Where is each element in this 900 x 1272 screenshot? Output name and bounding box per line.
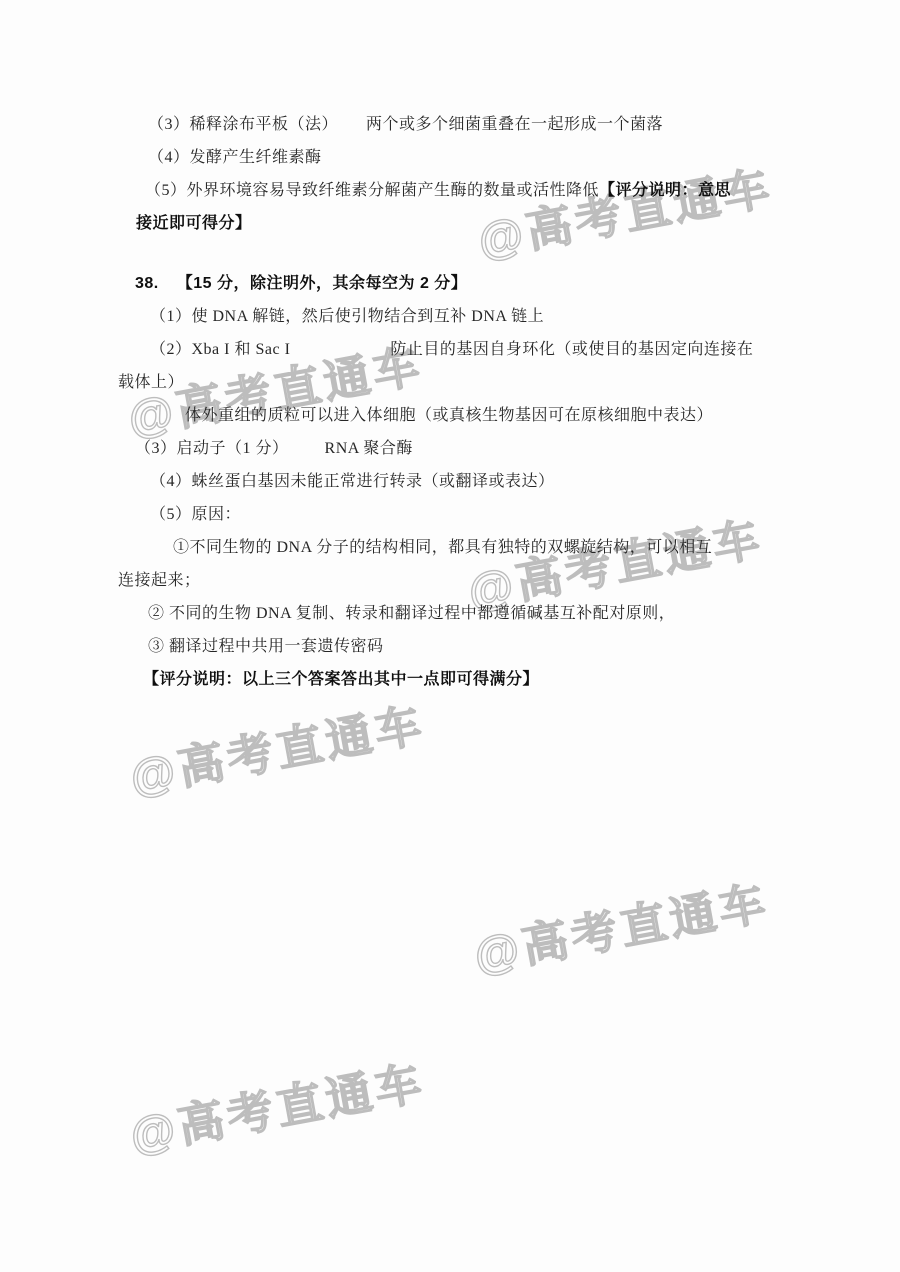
q37-answer-5: （5）外界环境容易导致纤维素分解菌产生酶的数量或活性降低【评分说明：意思 — [145, 174, 808, 207]
watermark-text: @高考直通车 — [468, 866, 774, 985]
q37-scoring-note-start: 【评分说明：意思 — [599, 182, 731, 199]
q37-answer-3-blank: （3）稀释涂布平板（法） — [148, 116, 338, 133]
q38-header-text: 【15 分，除注明外，其余每空为 2 分】 — [177, 275, 468, 292]
q38-number: 38. — [135, 275, 159, 292]
q38-reason-1-text: ①不同生物的 DNA 分子的结构相同，都具有独特的双螺旋结构，可以相互 — [173, 539, 712, 556]
q38-reason-3-text: ③ 翻译过程中共用一套遗传密码 — [148, 638, 384, 655]
q38-answer-5-text: （5）原因： — [150, 506, 241, 523]
q38-answer-1: （1）使 DNA 解链，然后使引物结合到互补 DNA 链上 — [150, 300, 808, 333]
q38-answer-3-blank: （3）启动子（1 分） — [135, 440, 289, 457]
answer-content: （3）稀释涂布平板（法）两个或多个细菌重叠在一起形成一个菌落 （4）发酵产生纤维… — [118, 108, 808, 696]
q38-answer-4-text: （4）蛛丝蛋白基因未能正常进行转录（或翻译或表达） — [150, 473, 555, 490]
q38-answer-5: （5）原因： — [150, 498, 808, 531]
q37-answer-3-text: 两个或多个细菌重叠在一起形成一个菌落 — [366, 116, 663, 133]
q38-answer-2-blank: （2）Xba I 和 Sac I — [150, 341, 290, 358]
q38-answer-2-text: 防止目的基因自身环化（或使目的基因定向连接在 — [390, 341, 753, 358]
section-gap — [118, 240, 808, 267]
q38-answer-2b: 体外重组的质粒可以进入体细胞（或真核生物基因可在原核细胞中表达） — [185, 399, 808, 432]
q37-answer-4: （4）发酵产生纤维素酶 — [148, 141, 808, 174]
q38-answer-2: （2）Xba I 和 Sac I防止目的基因自身环化（或使目的基因定向连接在 — [150, 333, 808, 366]
q38-answer-2-wrap-text: 载体上） — [118, 374, 184, 391]
q38-answer-5-reason-3: ③ 翻译过程中共用一套遗传密码 — [148, 630, 808, 663]
exam-answer-page: @高考直通车 @高考直通车 @高考直通车 @高考直通车 @高考直通车 @高考直通… — [0, 0, 900, 1272]
q38-reason-1-wrap-text: 连接起来； — [118, 572, 201, 589]
q38-answer-3: （3）启动子（1 分）RNA 聚合酶 — [135, 432, 808, 465]
q37-scoring-note-end: 接近即可得分】 — [136, 207, 808, 240]
q38-answer-2b-text: 体外重组的质粒可以进入体细胞（或真核生物基因可在原核细胞中表达） — [185, 407, 713, 424]
q37-answer-3: （3）稀释涂布平板（法）两个或多个细菌重叠在一起形成一个菌落 — [148, 108, 808, 141]
q38-answer-5-reason-1: ①不同生物的 DNA 分子的结构相同，都具有独特的双螺旋结构，可以相互 — [173, 531, 808, 564]
q38-answer-4: （4）蛛丝蛋白基因未能正常进行转录（或翻译或表达） — [150, 465, 808, 498]
q38-answer-5-reason-2: ② 不同的生物 DNA 复制、转录和翻译过程中都遵循碱基互补配对原则， — [148, 597, 808, 630]
q38-header: 38.【15 分，除注明外，其余每空为 2 分】 — [135, 267, 808, 300]
watermark-text: @高考直通车 — [124, 1046, 430, 1165]
q38-answer-1-text: （1）使 DNA 解链，然后使引物结合到互补 DNA 链上 — [150, 308, 544, 325]
watermark-text: @高考直通车 — [124, 688, 430, 807]
q37-answer-5-text: （5）外界环境容易导致纤维素分解菌产生酶的数量或活性降低 — [145, 182, 599, 199]
q38-answer-5-reason-1-wrap: 连接起来； — [118, 564, 808, 597]
q38-scoring-note: 【评分说明：以上三个答案答出其中一点即可得满分】 — [143, 663, 808, 696]
q38-answer-3-text: RNA 聚合酶 — [325, 440, 413, 457]
q38-answer-2-wrap: 载体上） — [118, 366, 808, 399]
q37-scoring-note-end-text: 接近即可得分】 — [136, 215, 252, 232]
q38-scoring-note-text: 【评分说明：以上三个答案答出其中一点即可得满分】 — [143, 671, 539, 688]
q37-answer-4-text: （4）发酵产生纤维素酶 — [148, 149, 322, 166]
q38-reason-2-text: ② 不同的生物 DNA 复制、转录和翻译过程中都遵循碱基互补配对原则， — [148, 605, 675, 622]
